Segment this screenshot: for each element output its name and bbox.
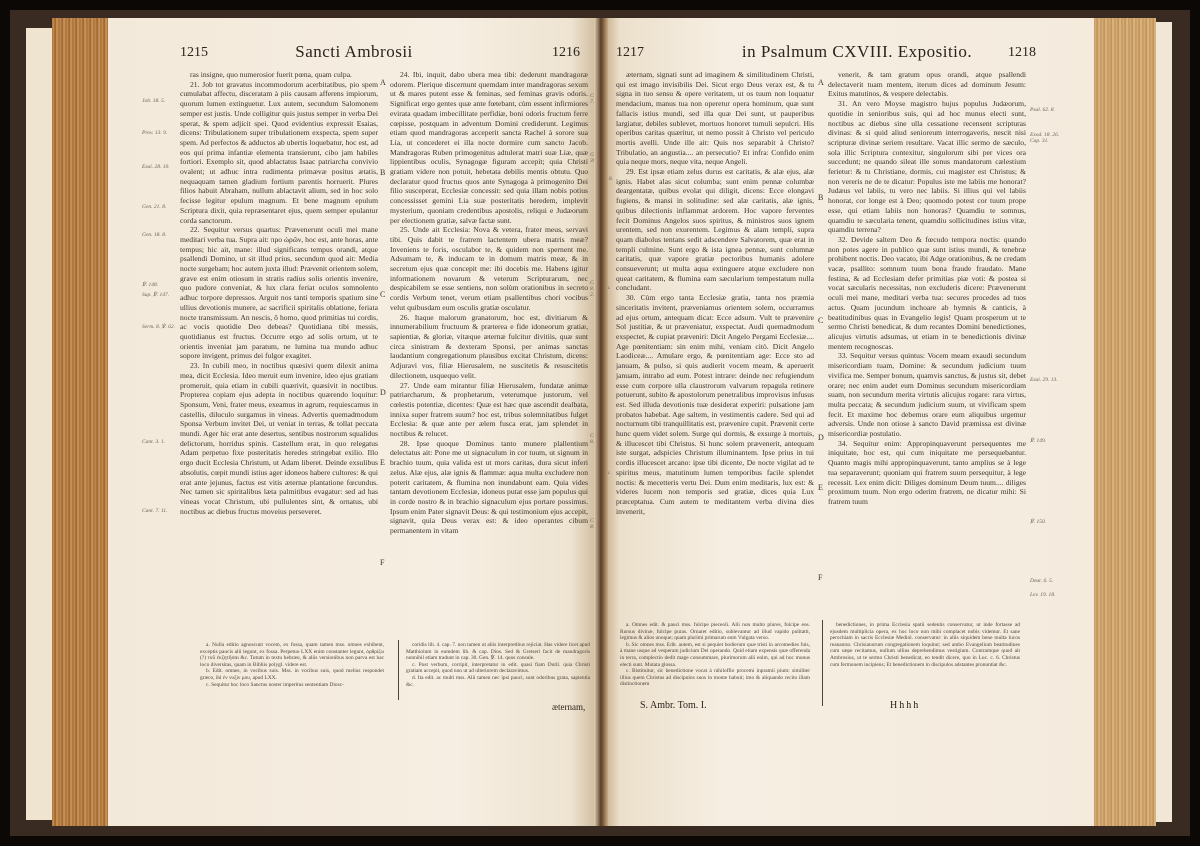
footnote: d. Ita edit. ac multi mss. Alii tamen ne… xyxy=(406,675,590,688)
paragraph: 34. Sequitur enim: Appropinquaverunt per… xyxy=(828,439,1026,507)
signature-mark: Hhhh xyxy=(890,700,920,711)
paragraph: 27. Unde eam mirantur filiæ Hierusalem, … xyxy=(390,381,588,439)
paragraph: 25. Unde ait Ecclesia: Nova & vetera, fr… xyxy=(390,225,588,312)
text-column-2: venerit, & tam gratum opus orandi, atque… xyxy=(828,70,1026,640)
margin-reference: ℣. 148. xyxy=(142,282,178,288)
catchword: æternam, xyxy=(552,702,585,712)
running-header-left: 1215 Sancti Ambrosii 1216 xyxy=(108,42,600,64)
footnote-divider xyxy=(822,620,823,706)
margin-reference: Deut. 6. 5. xyxy=(1030,578,1070,584)
paragraph: 23. In cubili meo, in noctibus quæsivi q… xyxy=(180,361,378,516)
left-page: 1215 Sancti Ambrosii 1216 Job. 18. 5.Pro… xyxy=(108,18,600,826)
paragraph: 30. Cùm ergo tanta Ecclesiæ gratia, tant… xyxy=(616,293,814,516)
page-number: 1218 xyxy=(1008,45,1036,61)
footnote: a. Omnes edit. & pauci mss. fulcipe piec… xyxy=(620,622,810,642)
footnotes-column-2: benedictiones, in prima Ecclesia spatii … xyxy=(830,622,1020,698)
footnote: coridis lib. 4. cap. 7. non tamen ut ali… xyxy=(406,642,590,662)
section-letter: B xyxy=(380,168,385,177)
footnotes-column-1: a. Nulla editio agnoscunt vocem, ex foss… xyxy=(200,642,384,712)
right-page: 1217 in Psalmum CXVIII. Expositio. 1218 … xyxy=(600,18,1094,826)
book-gutter xyxy=(594,18,608,826)
margin-reference: ℣. 149. xyxy=(1030,438,1070,444)
section-letter: D xyxy=(380,388,386,397)
margin-reference: Serm. 8. ℣. 62. xyxy=(142,324,178,330)
footnote: b. Edit. omnes, in vocibus suis. Mss. in… xyxy=(200,668,384,681)
text-column-1: ras insigne, quo numerosior fuerit pœna,… xyxy=(180,70,378,640)
margin-reference: Gen. 21. 8. xyxy=(142,204,178,210)
paragraph: 32. Devide saltem Deo & fœcudo tempora n… xyxy=(828,235,1026,351)
loose-leaves-left xyxy=(26,28,53,820)
footnotes-column-1: a. Omnes edit. & pauci mss. fulcipe piec… xyxy=(620,622,810,708)
section-letter: D xyxy=(818,433,824,442)
footnote: benedictiones, in prima Ecclesia spatii … xyxy=(830,622,1020,668)
paragraph: 31. An vero Moyse magistro hujus populus… xyxy=(828,99,1026,235)
margin-reference: Gen. 18. 8. xyxy=(142,232,178,238)
paragraph: 29. Est ipsæ etiam zelus durus est carit… xyxy=(616,167,814,293)
section-letter: E xyxy=(818,483,823,492)
margin-reference: Esai. 29. 13. xyxy=(1030,377,1070,383)
section-letter: A xyxy=(818,78,824,87)
margin-reference: Prov. 13. 9. xyxy=(142,130,178,136)
margin-reference: Lev. 19. 18. xyxy=(1030,592,1070,598)
margin-reference: Cant. 7. 11. xyxy=(142,508,178,514)
footnote: b. Sic omnes mss. Edit. autem, est si pe… xyxy=(620,642,810,668)
paragraph: 24. Ibi, inquit, dabo ubera mea tibi: de… xyxy=(390,70,588,225)
page-edges-left xyxy=(52,18,108,826)
margin-reference: Sup. ℣. 147. xyxy=(142,292,178,298)
paragraph: æternam, signati sunt ad imaginem & simi… xyxy=(616,70,814,167)
section-letter: F xyxy=(380,558,384,567)
paragraph: 26. Itaque malorum granatorum, hoc est, … xyxy=(390,313,588,381)
margin-reference: ℣. 150. xyxy=(1030,519,1070,525)
paragraph: ras insigne, quo numerosior fuerit pœna,… xyxy=(180,70,378,80)
running-header-right: 1217 in Psalmum CXVIII. Expositio. 1218 xyxy=(600,42,1094,64)
paragraph: 28. Ipse quoque Dominus tanto munere pla… xyxy=(390,439,588,536)
paragraph: 21. Job tot gravatus incommodorum acerbi… xyxy=(180,80,378,226)
page-number: 1216 xyxy=(552,45,580,61)
page-edges-right xyxy=(1094,18,1156,826)
footnote: a. Nulla editio agnoscunt vocem, ex foss… xyxy=(200,642,384,668)
footnote: c. Post verbum, corripit, interpretatur … xyxy=(406,662,590,675)
margin-reference: Cant. 3. 1. xyxy=(142,439,178,445)
section-letter: F xyxy=(818,573,822,582)
volume-footer: S. Ambr. Tom. I. xyxy=(640,700,707,711)
running-title: Sancti Ambrosii xyxy=(108,42,600,62)
paragraph: 22. Sequitur versus quartus: Prævenerunt… xyxy=(180,225,378,361)
section-letter: E xyxy=(380,458,385,467)
loose-leaf-right xyxy=(1156,22,1172,822)
paragraph: 33. Sequitur versus quintus: Vocem meam … xyxy=(828,351,1026,438)
margin-reference: Esai. 28. 10. xyxy=(142,164,178,170)
margin-reference: Exod. 18. 26. Cap. 31. xyxy=(1030,132,1070,144)
margin-reference: Job. 18. 5. xyxy=(142,98,178,104)
section-letter: A xyxy=(380,78,386,87)
footnote: c. Sequitur hoc loco Sanctus noster impe… xyxy=(200,682,384,689)
margin-reference: Psal. 62. 8. xyxy=(1030,107,1070,113)
section-letter: B xyxy=(818,193,823,202)
footnote-divider xyxy=(398,640,399,700)
text-column-2: 24. Ibi, inquit, dabo ubera mea tibi: de… xyxy=(390,70,588,640)
section-letter: C xyxy=(818,316,823,325)
paragraph: venerit, & tam gratum opus orandi, atque… xyxy=(828,70,1026,99)
footnote: c. Bistituitur, sic benedictione vocat à… xyxy=(620,668,810,688)
section-letter: C xyxy=(380,290,385,299)
text-column-1: æternam, signati sunt ad imaginem & simi… xyxy=(616,70,814,640)
